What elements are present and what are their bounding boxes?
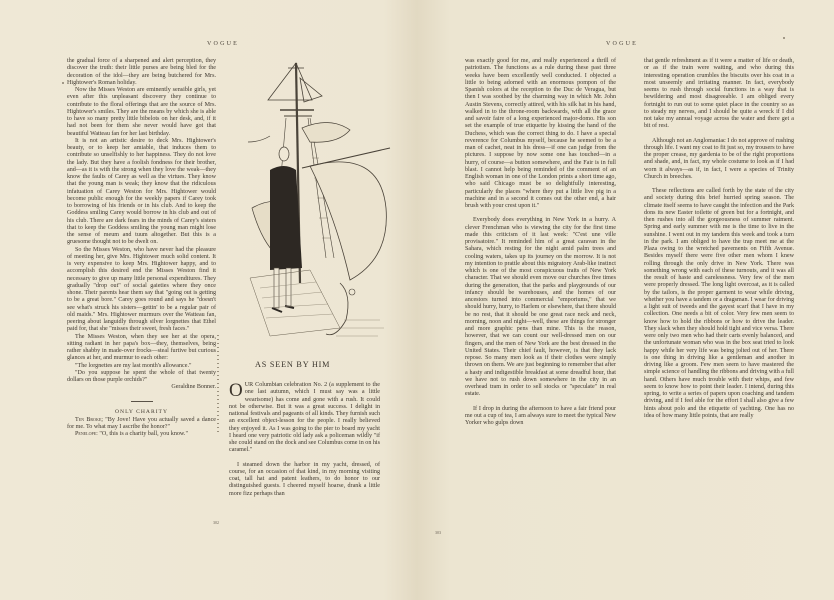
- speaker-name: Ten Broke: [75, 417, 101, 423]
- author-signature: Geraldine Bonner.: [67, 384, 216, 391]
- paragraph: that gentle refreshment as if it were a …: [644, 58, 794, 131]
- running-head: VOGUE: [606, 41, 638, 47]
- paragraph: So the Misses Weston, who have never had…: [67, 247, 216, 334]
- right-column-1-text: was exactly good for me, and really expe…: [465, 58, 616, 427]
- paragraph: was exactly good for me, and really expe…: [465, 58, 616, 210]
- running-head: VOGUE: [207, 41, 239, 47]
- paragraph: "The lorgnettes are my last month's allo…: [67, 363, 216, 370]
- section-title: ONLY CHARITY: [67, 409, 216, 416]
- paragraph: OUR Columbian celebration No. 2 (a suppl…: [229, 382, 380, 455]
- left-page: VOGUE the gradual force of a sharpened a…: [0, 0, 417, 600]
- paragraph: If I drop in during the afternoon to hav…: [465, 406, 616, 428]
- drop-cap: O: [229, 383, 243, 398]
- paragraph: It is not an artistic desire to deck Mrs…: [67, 138, 216, 247]
- page-number: 302: [213, 520, 219, 525]
- section-divider: [131, 401, 153, 402]
- dialogue-line: Ten Broke; "By Jove! Have you actually s…: [67, 417, 216, 432]
- page-number: 303: [435, 530, 441, 535]
- paragraph: These reflections are called forth by th…: [644, 188, 794, 420]
- paragraph: The Misses Weston, when they see her at …: [67, 334, 216, 363]
- right-page: VOGUE was exactly good for me, and reall…: [417, 0, 834, 600]
- speaker-name: Penelope: [75, 431, 96, 437]
- paper-speck: [783, 37, 785, 39]
- paragraph: the gradual force of a sharpened and ale…: [67, 58, 216, 87]
- paragraph: Although not an Anglomaniac I do not app…: [644, 138, 794, 182]
- article-column-text: OUR Columbian celebration No. 2 (a suppl…: [229, 382, 380, 498]
- paragraph: "Do you suppose he spent the whole of th…: [67, 370, 216, 385]
- dialogue-line: Penelope: "O, this is a charity ball, yo…: [67, 431, 216, 438]
- paper-speck: [62, 82, 64, 84]
- magazine-spread: VOGUE the gradual force of a sharpened a…: [0, 0, 834, 600]
- right-column-2-text: that gentle refreshment as if it were a …: [644, 58, 794, 420]
- article-title: AS SEEN BY HIM: [255, 360, 330, 369]
- dialogue-text: "O, this is a charity ball, you know.": [99, 431, 188, 437]
- paragraph: I steamed down the harbor in my yacht, d…: [229, 462, 380, 498]
- margin-rule: [217, 335, 219, 435]
- ship-captain-illustration: [240, 58, 400, 343]
- paragraph: Everybody does everything in New York in…: [465, 217, 616, 398]
- left-column-text: the gradual force of a sharpened and ale…: [67, 58, 216, 439]
- paragraph: Now the Misses Weston are eminently sens…: [67, 87, 216, 138]
